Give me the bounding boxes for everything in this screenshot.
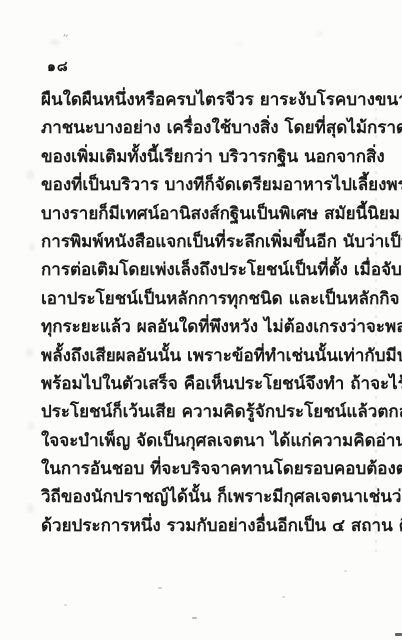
text-line: ผืนใดผืนหนึ่งหรือครบไตรจีวร ยาระงับโรคบา… (41, 86, 363, 114)
scan-smudge (27, 170, 34, 180)
scan-speck (344, 570, 347, 572)
text-line: ประโยชน์ก็เว้นเสีย ความคิดรู้จักประโยชน์… (41, 398, 363, 426)
scan-smudge (28, 422, 34, 430)
scan-smudge (316, 32, 323, 36)
scan-smudge (50, 40, 60, 45)
text-line: การต่อเติมโดยเพ่งเล็งถึงประโยชน์เป็นที่ต… (41, 256, 363, 284)
text-line: บางรายก็มีเทศน์อานิสงส์กฐินเป็นพิเศษ สมั… (41, 200, 363, 228)
text-line: ด้วยประการหนึ่ง รวมกับอย่างอื่นอีกเป็น ๔… (41, 512, 363, 540)
text-line: การพิมพ์หนังสือแจกเป็นที่ระลึกเพิ่มขึ้นอ… (41, 228, 363, 256)
text-line: ของที่เป็นบริวาร บางทีก็จัดเตรียมอาหารไป… (41, 171, 363, 199)
scan-speck (158, 587, 162, 589)
text-line: พลั้งถึงเสียผลอันนั้น เพราะข้อที่ทำเช่นน… (41, 342, 363, 370)
scanned-book-page: ” ๑๘ ผืนใดผืนหนึ่งหรือครบไตรจีวร ยาระงับ… (0, 0, 402, 640)
scan-speck (395, 633, 402, 636)
scan-smudge (26, 348, 33, 357)
page-number: ๑๘ (47, 56, 69, 78)
text-line: ในการอันชอบ ที่จะบริจจาคทานโดยรอบคอบต้อง… (41, 455, 363, 483)
text-line: ของเพิ่มเติมทั้งนี้เรียกว่า บริวารกฐิน น… (41, 143, 363, 171)
scan-smudge (29, 243, 35, 251)
scan-speck (282, 596, 285, 598)
scan-artifact-quote: ” (61, 32, 69, 47)
scan-smudge (236, 42, 242, 46)
body-text-block: ผืนใดผืนหนึ่งหรือครบไตรจีวร ยาระงับโรคบา… (41, 86, 363, 540)
text-line: ภาชนะบางอย่าง เครื่องใช้บางสิ่ง โดยที่สุ… (41, 114, 363, 142)
text-line: วิถีของนักปราชญ์ได้นั้น ก็เพราะมีกุศลเจต… (41, 483, 363, 511)
scan-speck (64, 604, 67, 606)
text-line: ทุกระยะแล้ว ผลอันใดที่พึงหวัง ไม่ต้องเกร… (41, 313, 363, 341)
scan-smudge (27, 504, 34, 513)
text-line: พร้อมไปในตัวเสร็จ คือเห็นประโยชน์จึงทำ ถ… (41, 370, 363, 398)
text-line: เอาประโยชน์เป็นหลักการทุกชนิด และเป็นหลั… (41, 285, 363, 313)
text-line: ใจจะบำเพ็ญ จัดเป็นกุศลเจตนา ได้แก่ความคิ… (41, 427, 363, 455)
scan-speck (192, 617, 197, 619)
